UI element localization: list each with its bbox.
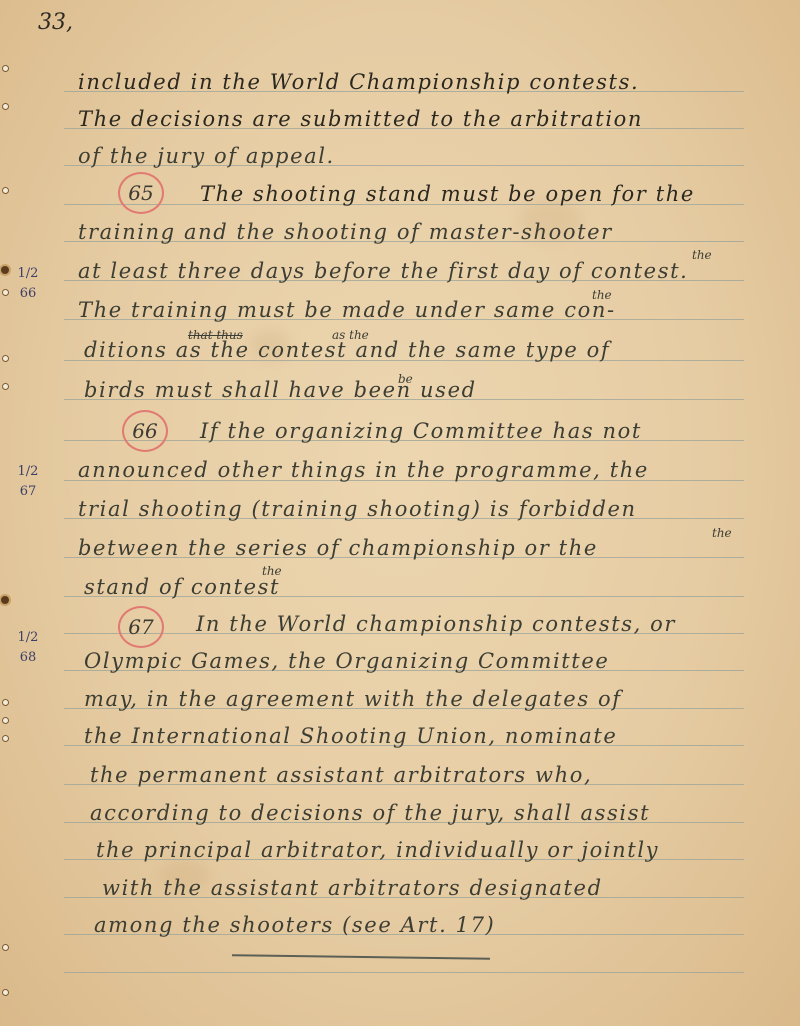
page-number: 33, (38, 10, 73, 35)
text-line: The decisions are submitted to the arbit… (78, 109, 768, 130)
text-line: at least three days before the first day… (78, 261, 768, 282)
text-line: ditions as the contest and the same type… (84, 340, 774, 361)
text-line: trial shooting (training shooting) is fo… (78, 499, 768, 520)
text-line: The shooting stand must be open for the (200, 184, 760, 205)
struck-insertion: that thus (188, 328, 243, 342)
margin-note-number: 67 (14, 482, 42, 502)
text-line: The training must be made under same con… (78, 300, 768, 321)
text-line: with the assistant arbitrators designate… (102, 878, 792, 899)
insertion-note: the (262, 564, 282, 578)
text-line: the permanent assistant arbitrators who, (90, 765, 780, 786)
text-line: training and the shooting of master-shoo… (78, 222, 768, 243)
binder-hole (3, 104, 8, 109)
text-line: of the jury of appeal. (78, 146, 768, 167)
margin-note: 1/2 67 (14, 462, 42, 501)
paragraph-number-circle: 67 (118, 606, 164, 648)
binder-hole (1, 266, 9, 274)
text-line: according to decisions of the jury, shal… (90, 803, 780, 824)
margin-note-number: 68 (14, 648, 42, 668)
binder-hole (3, 700, 8, 705)
handwritten-page: 33, 1/2 66 1/2 67 1/2 68 65 66 67 includ… (0, 0, 800, 1026)
text-line: may, in the agreement with the delegates… (84, 689, 774, 710)
text-line: the International Shooting Union, nomina… (84, 726, 774, 747)
binder-hole (3, 718, 8, 723)
binder-hole (3, 290, 8, 295)
binder-hole (3, 188, 8, 193)
paragraph-number-circle: 65 (118, 172, 164, 214)
ruled-line (64, 972, 744, 973)
text-line: stand of contest (84, 577, 774, 598)
margin-note-fraction: 1/2 (14, 462, 42, 482)
margin-note-number: 66 (14, 284, 42, 304)
margin-note-fraction: 1/2 (14, 628, 42, 648)
insertion-note: as the (332, 328, 369, 342)
binder-hole (3, 384, 8, 389)
binder-hole (3, 736, 8, 741)
closing-underline (232, 954, 490, 960)
text-line: included in the World Championship conte… (78, 72, 768, 93)
binder-hole (1, 596, 9, 604)
text-line: Olympic Games, the Organizing Committee (84, 651, 774, 672)
margin-note: 1/2 66 (14, 264, 42, 303)
margin-note-fraction: 1/2 (14, 264, 42, 284)
text-line: In the World championship contests, or (196, 614, 776, 635)
text-line: the principal arbitrator, individually o… (96, 840, 786, 861)
binder-hole (3, 356, 8, 361)
text-line: among the shooters (see Art. 17) (94, 915, 784, 936)
text-line: birds must shall have been used (84, 380, 774, 401)
paragraph-number-circle: 66 (122, 410, 168, 452)
binder-hole (3, 945, 8, 950)
binder-hole (3, 66, 8, 71)
text-line: between the series of championship or th… (78, 538, 768, 559)
insertion-note: the (712, 526, 732, 540)
insertion-note: the (592, 288, 612, 302)
text-line: If the organizing Committee has not (200, 421, 760, 442)
margin-note: 1/2 68 (14, 628, 42, 667)
insertion-note: the (692, 248, 712, 262)
insertion-note: be (398, 372, 413, 386)
text-line: announced other things in the programme,… (78, 460, 768, 481)
binder-hole (3, 990, 8, 995)
